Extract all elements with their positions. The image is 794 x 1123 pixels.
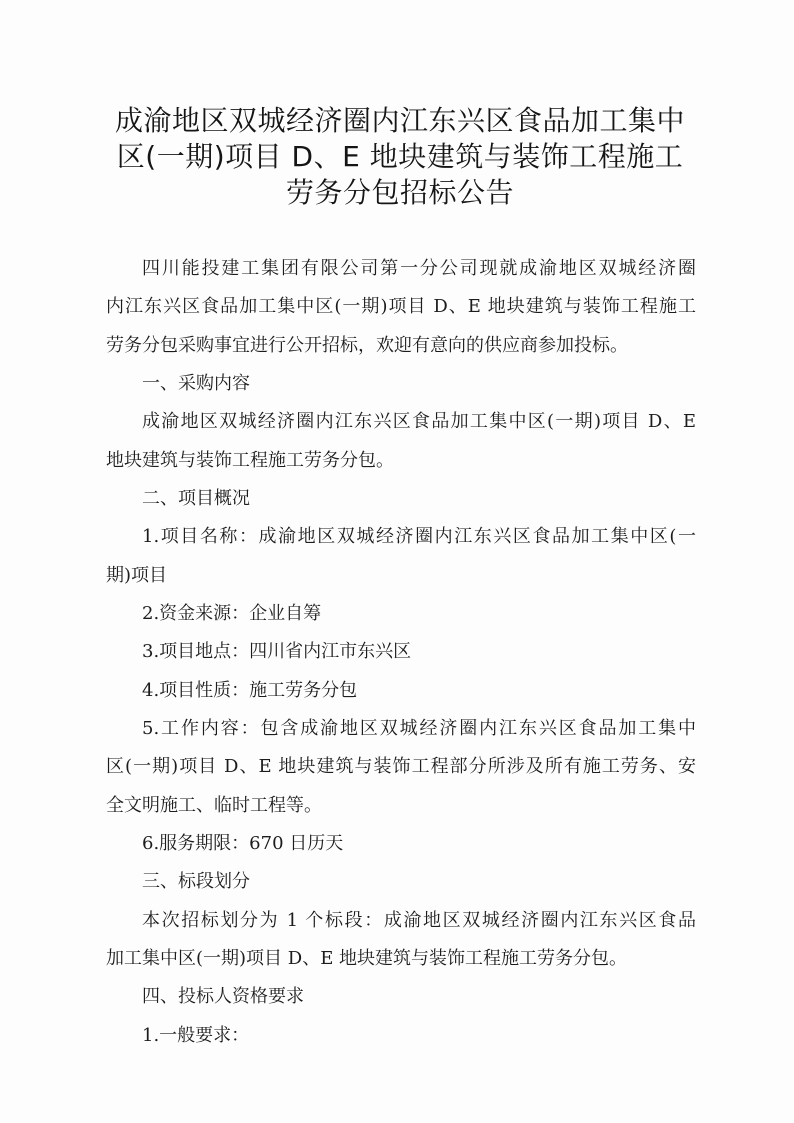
intro-line-3: 劳务分包采购事宜进行公开招标，欢迎有意向的供应商参加投标。	[106, 334, 696, 358]
item-service-period: 6.服务期限：670 日历天	[142, 832, 696, 856]
item-work-content-line-2: 区(一期)项目 D、E 地块建筑与装饰工程部分所涉及所有施工劳务、安	[106, 755, 696, 779]
item-project-name-line-2: 期)项目	[106, 564, 696, 588]
section-3-heading: 三、标段划分	[142, 870, 696, 894]
item-project-name-line-1: 1.项目名称：成渝地区双城经济圈内江东兴区食品加工集中区(一	[142, 525, 696, 549]
title-line-3: 劳务分包招标公告	[100, 175, 700, 211]
section-3-line-2: 加工集中区(一期)项目 D、E 地块建筑与装饰工程施工劳务分包。	[106, 947, 696, 971]
section-1-line-1: 成渝地区双城经济圈内江东兴区食品加工集中区(一期)项目 D、E	[142, 410, 696, 434]
intro-line-2: 内江东兴区食品加工集中区(一期)项目 D、E 地块建筑与装饰工程施工	[106, 295, 696, 319]
section-3-line-1: 本次招标划分为 1 个标段：成渝地区双城经济圈内江东兴区食品	[142, 909, 696, 933]
item-general-requirements: 1.一般要求：	[142, 1024, 696, 1048]
item-project-location: 3.项目地点：四川省内江市东兴区	[142, 640, 696, 664]
title-line-1: 成渝地区双城经济圈内江东兴区食品加工集中	[100, 103, 700, 139]
section-2-heading: 二、项目概况	[142, 487, 696, 511]
title-line-2: 区(一期)项目 D、E 地块建筑与装饰工程施工	[100, 139, 700, 175]
section-1-heading: 一、采购内容	[142, 372, 696, 396]
item-work-content-line-3: 全文明施工、临时工程等。	[106, 794, 696, 818]
document-page: 成渝地区双城经济圈内江东兴区食品加工集中 区(一期)项目 D、E 地块建筑与装饰…	[0, 0, 794, 1123]
document-title: 成渝地区双城经济圈内江东兴区食品加工集中 区(一期)项目 D、E 地块建筑与装饰…	[100, 103, 700, 211]
section-1-line-2: 地块建筑与装饰工程施工劳务分包。	[106, 449, 696, 473]
intro-line-1: 四川能投建工集团有限公司第一分公司现就成渝地区双城经济圈	[142, 257, 696, 281]
section-4-heading: 四、投标人资格要求	[142, 985, 696, 1009]
item-work-content-line-1: 5.工作内容：包含成渝地区双城经济圈内江东兴区食品加工集中	[142, 717, 696, 741]
item-funding-source: 2.资金来源：企业自筹	[142, 602, 696, 626]
item-project-nature: 4.项目性质：施工劳务分包	[142, 679, 696, 703]
